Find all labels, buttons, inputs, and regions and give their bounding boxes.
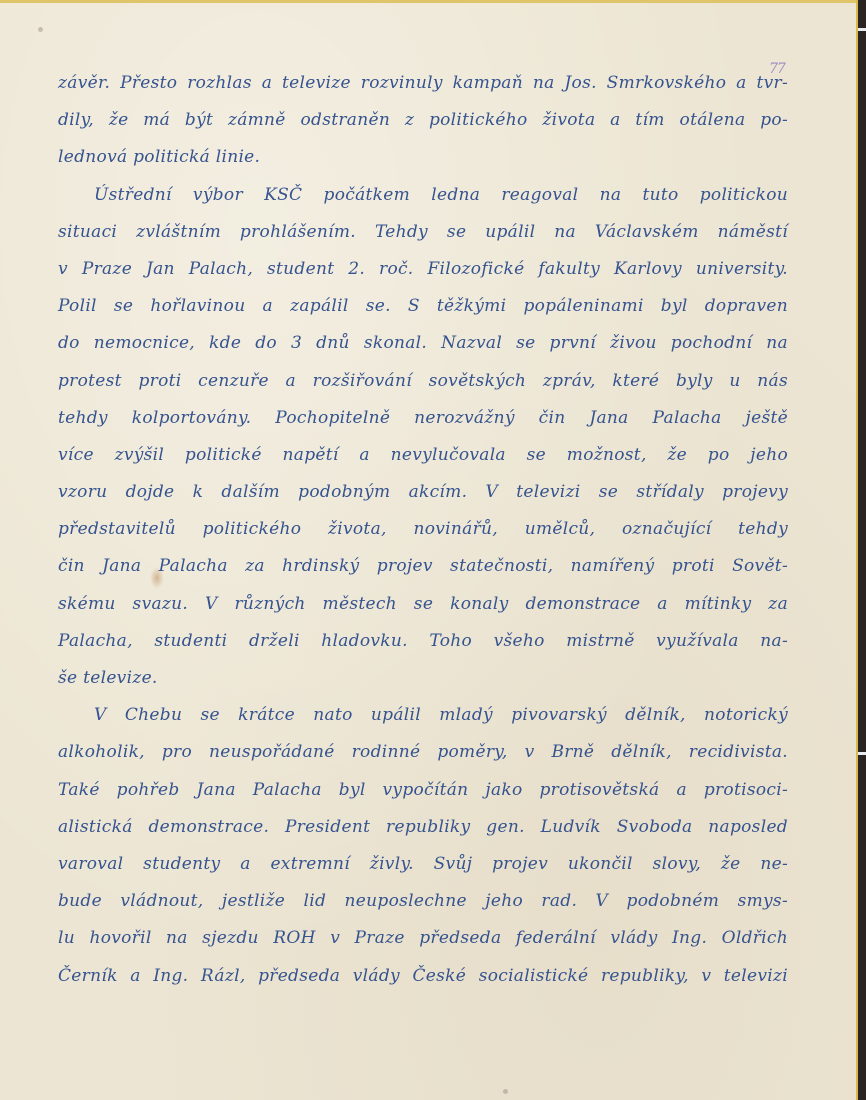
manuscript-line: představitelů politického života, noviná… xyxy=(58,511,788,548)
manuscript-line: Černík a Ing. Rázl, předseda vlády České… xyxy=(58,958,788,995)
manuscript-line: Ústřední výbor KSČ počátkem ledna reagov… xyxy=(58,177,788,214)
manuscript-line: varoval studenty a extremní živly. Svůj … xyxy=(58,846,788,883)
manuscript-line: čin Jana Palacha za hrdinský projev stat… xyxy=(58,548,788,585)
manuscript-line: skému svazu. V různých městech se konaly… xyxy=(58,586,788,623)
manuscript-line: dily, že má být zámně odstraněn z politi… xyxy=(58,102,788,139)
manuscript-line: bude vládnout, jestliže lid neuposlechne… xyxy=(58,883,788,920)
scanned-page: 77 závěr. Přesto rozhlas a televize rozv… xyxy=(0,0,866,1100)
manuscript-line: protest proti cenzuře a rozšiřování sově… xyxy=(58,363,788,400)
paper-edge xyxy=(856,0,858,1100)
manuscript-line: závěr. Přesto rozhlas a televize rozvinu… xyxy=(58,65,788,102)
manuscript-line: více zvýšil politické napětí a nevylučov… xyxy=(58,437,788,474)
manuscript-line: alistická demonstrace. President republi… xyxy=(58,809,788,846)
paper-speck xyxy=(38,27,43,32)
manuscript-line: še televize. xyxy=(58,660,788,697)
manuscript-line: alkoholik, pro neuspořádané rodinné pomě… xyxy=(58,734,788,771)
handwritten-text: závěr. Přesto rozhlas a televize rozvinu… xyxy=(58,65,788,995)
manuscript-line: Palacha, studenti drželi hladovku. Toho … xyxy=(58,623,788,660)
manuscript-line: lu hovořil na sjezdu ROH v Praze předsed… xyxy=(58,920,788,957)
manuscript-line: lednová politická linie. xyxy=(58,139,788,176)
paper-speck xyxy=(503,1089,508,1094)
manuscript-paper: 77 závěr. Přesto rozhlas a televize rozv… xyxy=(0,0,856,1100)
binder-mark xyxy=(858,752,866,755)
manuscript-line: tehdy kolportovány. Pochopitelně nerozvá… xyxy=(58,400,788,437)
manuscript-line: vzoru dojde k dalším podobným akcím. V t… xyxy=(58,474,788,511)
manuscript-line: situaci zvláštním prohlášením. Tehdy se … xyxy=(58,214,788,251)
manuscript-line: V Chebu se krátce nato upálil mladý pivo… xyxy=(58,697,788,734)
manuscript-line: do nemocnice, kde do 3 dnů skonal. Nazva… xyxy=(58,325,788,362)
binder-mark xyxy=(858,28,866,31)
manuscript-line: Polil se hořlavinou a zapálil se. S těžk… xyxy=(58,288,788,325)
manuscript-line: v Praze Jan Palach, student 2. roč. Filo… xyxy=(58,251,788,288)
manuscript-line: Také pohřeb Jana Palacha byl vypočítán j… xyxy=(58,772,788,809)
